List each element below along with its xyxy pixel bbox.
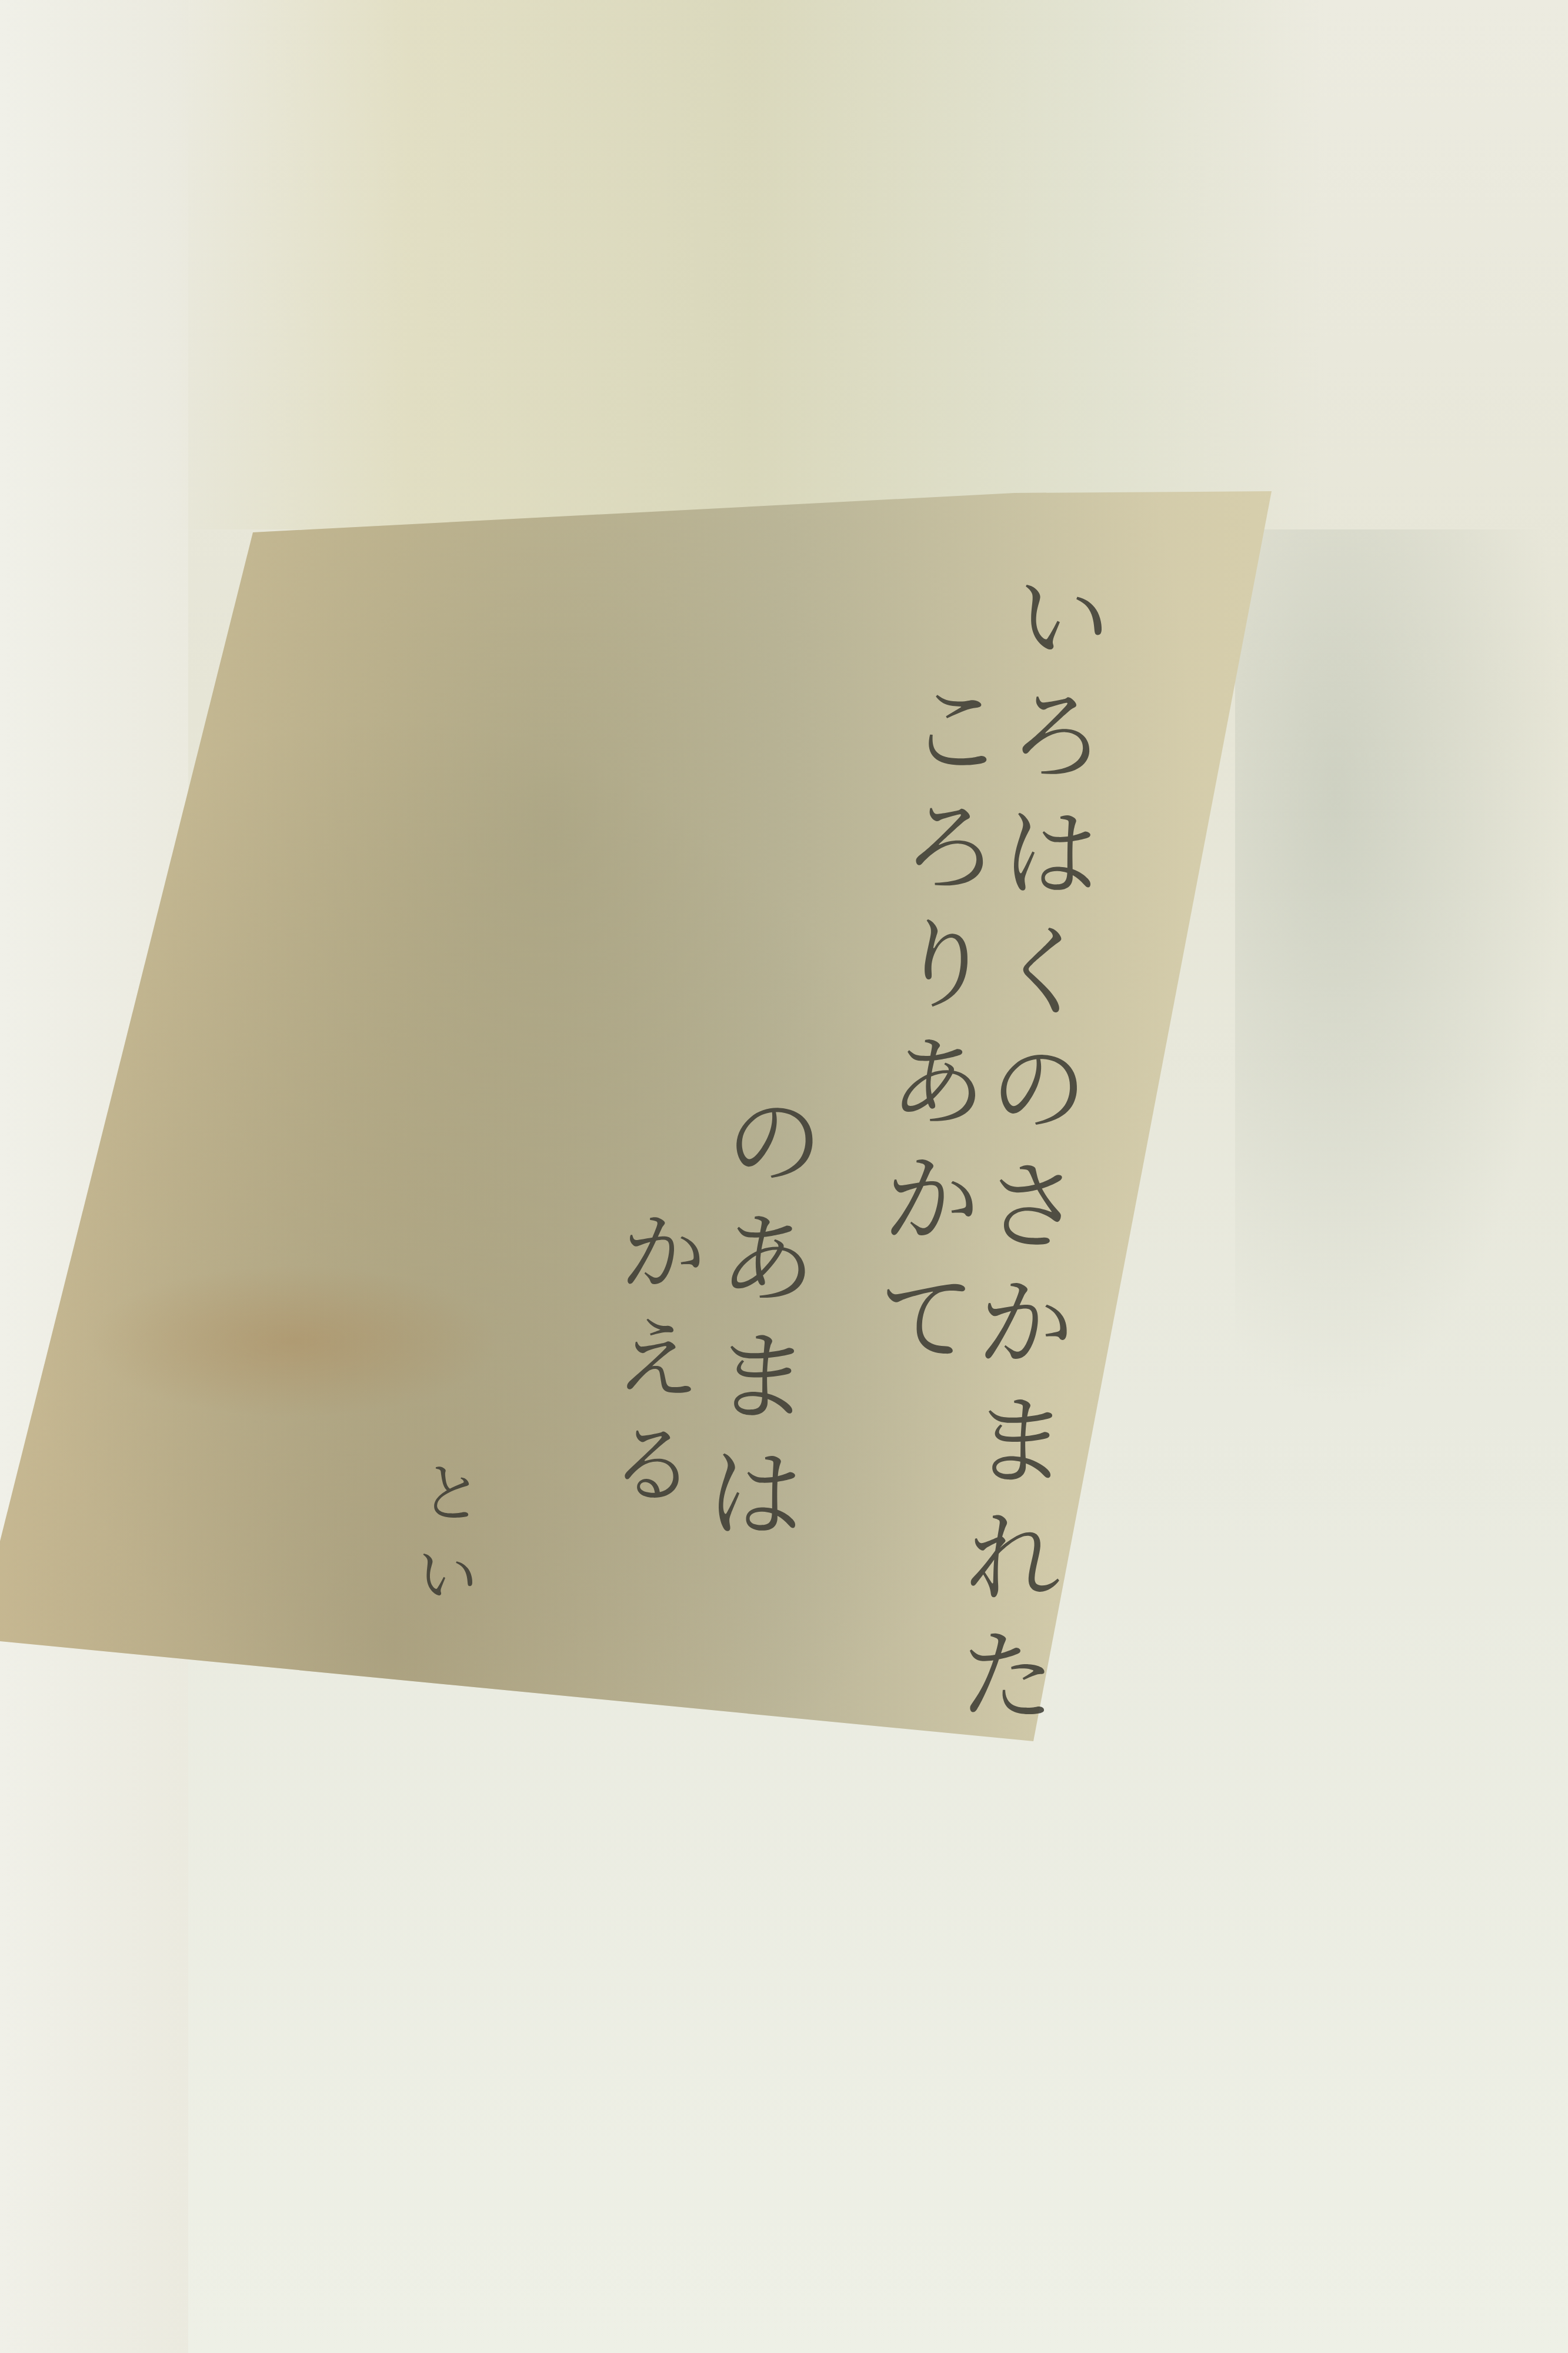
calligraphy-column-4: かえる	[598, 1204, 702, 1525]
washi-upper-band	[176, 0, 1323, 529]
shadow	[1235, 529, 1568, 1412]
calligraphy-column-3: のあまは	[693, 1086, 818, 1561]
stain-mark	[88, 1265, 500, 1418]
calligraphy-column-5: とい	[408, 1457, 481, 1625]
